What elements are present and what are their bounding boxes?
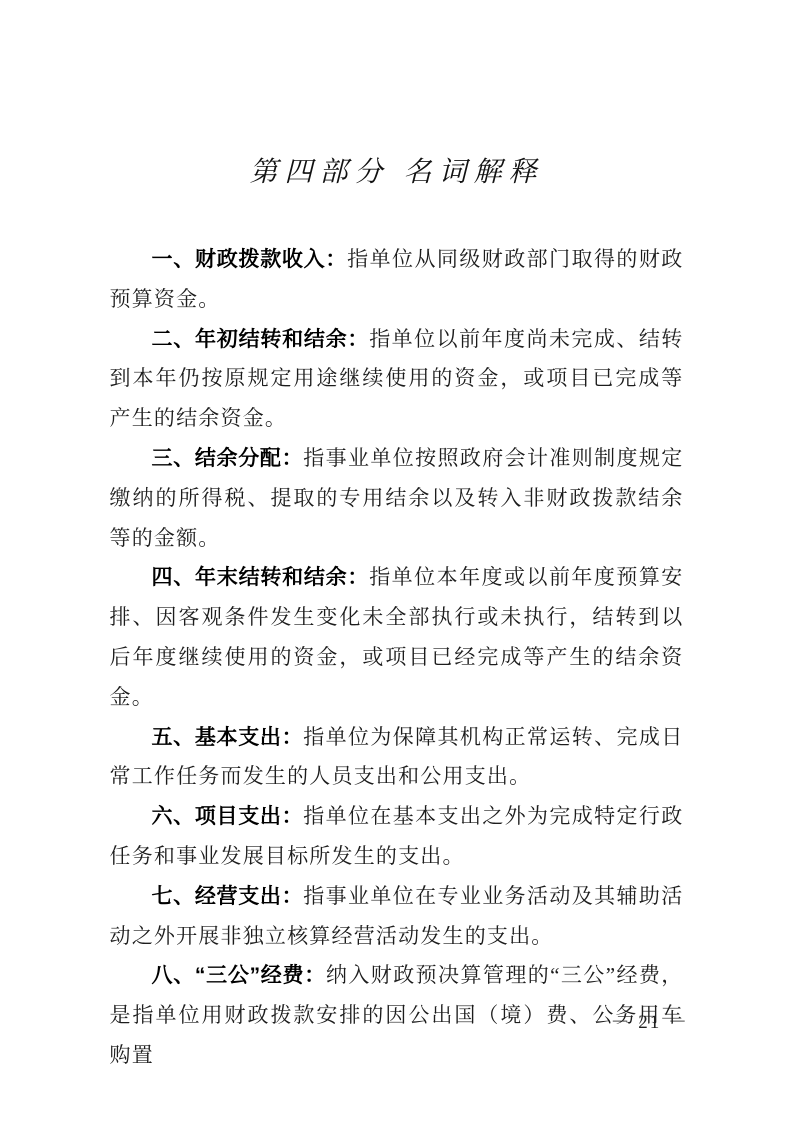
term-label: 八、“三公”经费： xyxy=(152,964,326,987)
glossary-paragraph: 一、财政拨款收入：指单位从同级财政部门取得的财政预算资金。 xyxy=(110,240,684,320)
term-label: 六、项目支出： xyxy=(152,805,304,828)
glossary-paragraph: 二、年初结转和结余：指单位以前年度尚未完成、结转到本年仍按原规定用途继续使用的资… xyxy=(110,320,684,439)
term-label: 四、年末结转和结余： xyxy=(152,566,370,589)
glossary-content: 一、财政拨款收入：指单位从同级财政部门取得的财政预算资金。 二、年初结转和结余：… xyxy=(110,240,684,1076)
term-label: 二、年初结转和结余： xyxy=(152,328,370,351)
glossary-paragraph: 六、项目支出：指单位在基本支出之外为完成特定行政任务和事业发展目标所发生的支出。 xyxy=(110,797,684,877)
term-label: 七、经营支出： xyxy=(152,885,304,908)
term-label: 三、结余分配： xyxy=(152,447,304,470)
page-number: － 21 － xyxy=(610,1007,689,1034)
document-page: 第四部分 名词解释 一、财政拨款收入：指单位从同级财政部门取得的财政预算资金。 … xyxy=(0,0,793,1122)
glossary-paragraph: 八、“三公”经费：纳入财政预决算管理的“三公”经费，是指单位用财政拨款安排的因公… xyxy=(110,956,684,1075)
glossary-paragraph: 四、年末结转和结余：指单位本年度或以前年度预算安排、因客观条件发生变化未全部执行… xyxy=(110,558,684,717)
glossary-paragraph: 三、结余分配：指事业单位按照政府会计准则制度规定缴纳的所得税、提取的专用结余以及… xyxy=(110,439,684,558)
glossary-paragraph: 七、经营支出：指事业单位在专业业务活动及其辅助活动之外开展非独立核算经营活动发生… xyxy=(110,877,684,957)
page-title: 第四部分 名词解释 xyxy=(0,152,793,194)
glossary-paragraph: 五、基本支出：指单位为保障其机构正常运转、完成日常工作任务而发生的人员支出和公用… xyxy=(110,718,684,798)
term-label: 一、财政拨款收入： xyxy=(152,248,348,271)
term-label: 五、基本支出： xyxy=(152,726,304,749)
